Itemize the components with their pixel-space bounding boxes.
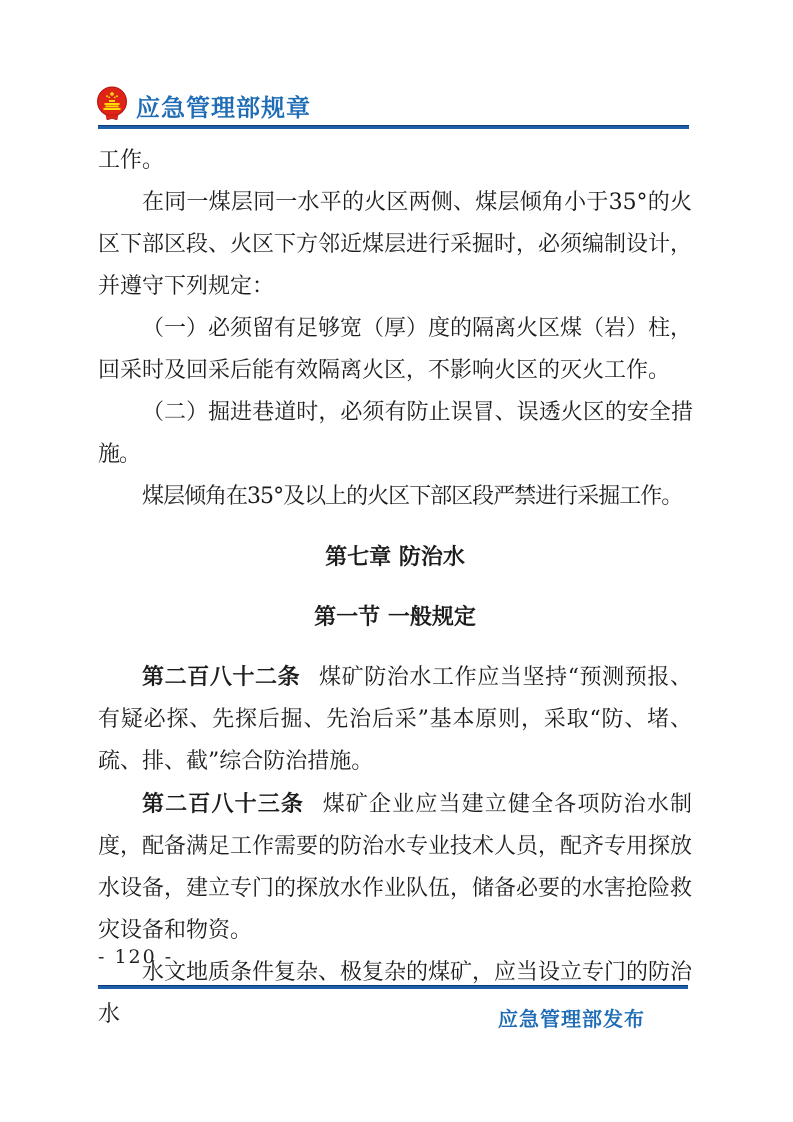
footer-rule: [98, 985, 688, 989]
page-number: - 120 -: [98, 946, 173, 968]
article-283: 第二百八十三条煤矿企业应当建立健全各项防治水制度，配备满足工作需要的防治水专业技…: [98, 783, 692, 952]
national-emblem-icon: [96, 86, 128, 120]
section-heading: 第一节 一般规定: [98, 596, 692, 638]
chapter-heading: 第七章 防治水: [98, 536, 692, 578]
article-283-number: 第二百八十三条: [142, 791, 304, 817]
paragraph-continuation: 工作。: [98, 140, 692, 182]
article-282-number: 第二百八十二条: [142, 664, 300, 690]
paragraph-dip-angle: 煤层倾角在35°及以上的火区下部区段严禁进行采掘工作。: [98, 476, 692, 518]
article-282: 第二百八十二条煤矿防治水工作应当坚持“预测预报、有疑必探、先探后掘、先治后采”基…: [98, 656, 692, 783]
header-title: 应急管理部规章: [136, 88, 311, 123]
header-rule: [98, 125, 689, 129]
list-item-one: （一）必须留有足够宽（厚）度的隔离火区煤（岩）柱，回采时及回采后能有效隔离火区，…: [98, 308, 692, 392]
list-item-two: （二）掘进巷道时，必须有防止误冒、误透火区的安全措施。: [98, 392, 692, 476]
document-body: 工作。 在同一煤层同一水平的火区两侧、煤层倾角小于35°的火区下部区段、火区下方…: [98, 140, 692, 1036]
footer-publisher: 应急管理部发布: [498, 1003, 645, 1032]
document-page: 应急管理部规章 工作。 在同一煤层同一水平的火区两侧、煤层倾角小于35°的火区下…: [0, 0, 793, 1122]
paragraph-fire-zone: 在同一煤层同一水平的火区两侧、煤层倾角小于35°的火区下部区段、火区下方邻近煤层…: [98, 182, 692, 308]
